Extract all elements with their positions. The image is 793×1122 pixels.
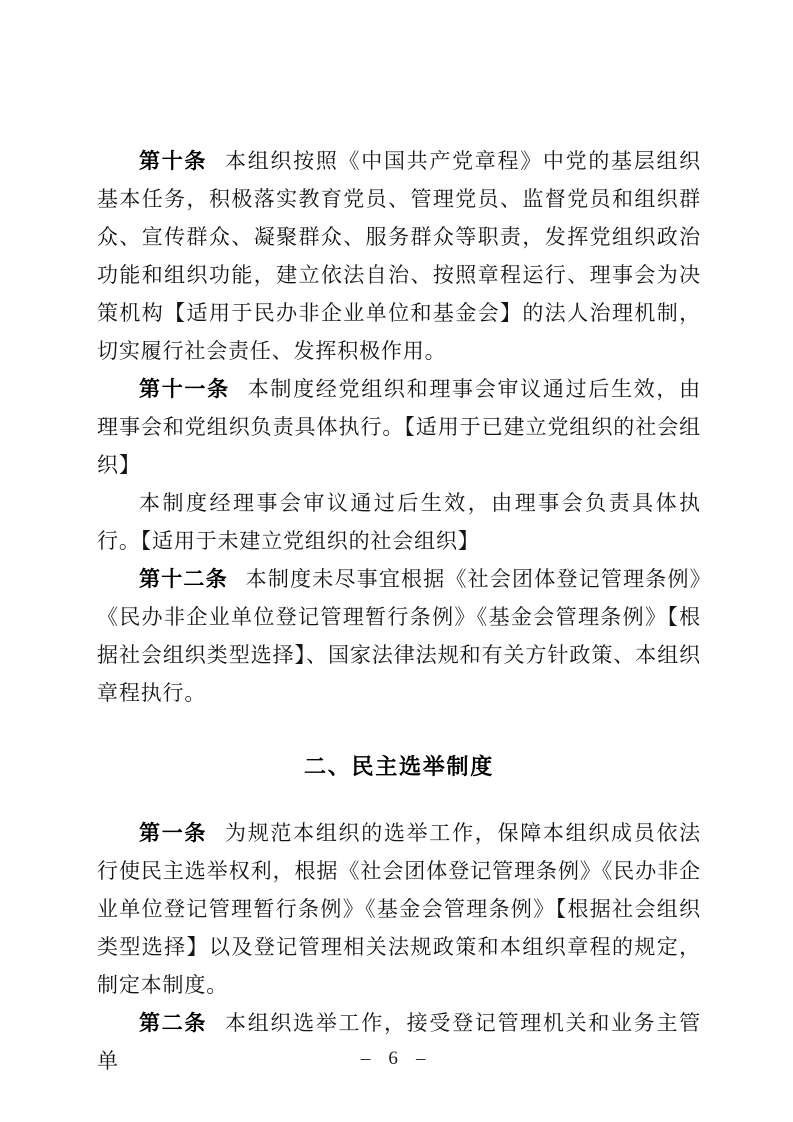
article-text: 本制度经理事会审议通过后生效，由理事会负责具体执行。【适用于未建立党组织的社会组… (97, 491, 701, 553)
article-paragraph-12: 第十二条本制度未尽事宜根据《社会团体登记管理条例》《民办非企业单位登记管理暂行条… (97, 560, 701, 712)
article-number: 第十二条 (139, 567, 228, 591)
document-body: 第十条本组织按照《中国共产党章程》中党的基层组织基本任务，积极落实教育党员、管理… (97, 142, 701, 1080)
article-number: 第二条 (139, 1011, 207, 1035)
article-paragraph-11-alt: 本制度经理事会审议通过后生效，由理事会负责具体执行。【适用于未建立党组织的社会组… (97, 484, 701, 560)
article-number: 第一条 (139, 821, 207, 845)
page-number: – 6 – (361, 1048, 432, 1069)
article-text: 为规范本组织的选举工作，保障本组织成员依法行使民主选举权利，根据《社会团体登记管… (97, 821, 701, 997)
article-paragraph-11: 第十一条本制度经党组织和理事会审议通过后生效，由理事会和党组织负责具体执行。【适… (97, 370, 701, 484)
article-paragraph-1: 第一条为规范本组织的选举工作，保障本组织成员依法行使民主选举权利，根据《社会团体… (97, 814, 701, 1004)
page-footer: – 6 – (0, 1048, 793, 1070)
article-text: 本组织按照《中国共产党章程》中党的基层组织基本任务，积极落实教育党员、管理党员、… (97, 149, 701, 363)
article-number: 第十一条 (139, 377, 230, 401)
article-number: 第十条 (139, 149, 207, 173)
article-paragraph-10: 第十条本组织按照《中国共产党章程》中党的基层组织基本任务，积极落实教育党员、管理… (97, 142, 701, 370)
document-page: 第十条本组织按照《中国共产党章程》中党的基层组织基本任务，积极落实教育党员、管理… (0, 0, 793, 1122)
section-heading: 二、民主选举制度 (97, 748, 701, 786)
